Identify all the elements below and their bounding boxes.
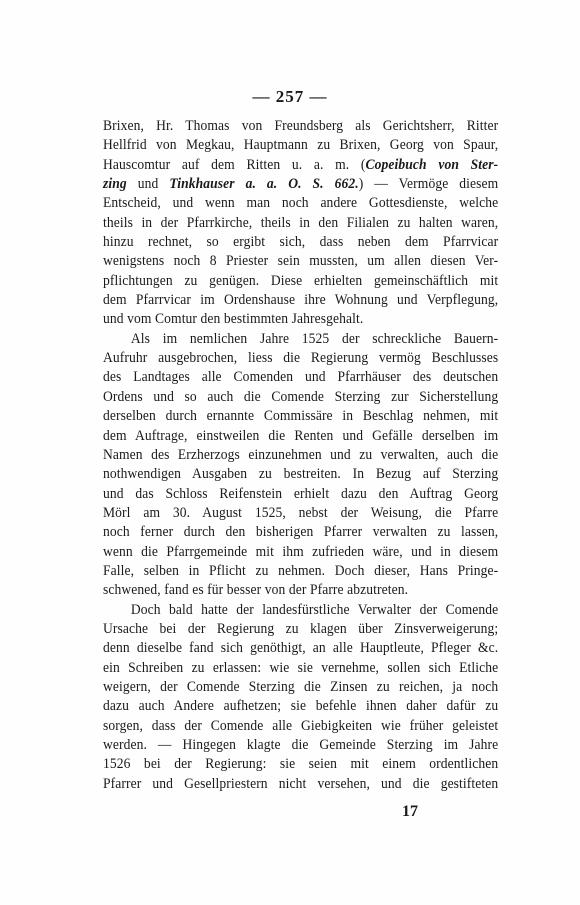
- text-line: Aufruhr ausgebrochen, liess die Regierun…: [103, 349, 498, 368]
- text-line: hinzu rechnet, so ergibt sich, dass nebe…: [103, 233, 498, 252]
- text-line: Hauscomtur auf dem Ritten u. a. m. (Cope…: [103, 156, 498, 175]
- text-line: 1526 bei der Regierung: sie seien mit ei…: [103, 755, 498, 774]
- text-line: wenn die Pfarrgemeinde mit ihm zufrieden…: [103, 543, 498, 562]
- citation-italic: Copeibuch von Ster-: [366, 157, 499, 173]
- body-text: Brixen, Hr. Thomas von Freundsberg als G…: [103, 117, 498, 794]
- text-line: derselben durch ernannte Commissäre in B…: [103, 407, 498, 426]
- paragraph-2: Als im nemlichen Jahre 1525 der schreckl…: [103, 330, 498, 601]
- citation-italic: Tinkhauser a. a. O. S. 662.: [169, 176, 358, 192]
- text-line: Brixen, Hr. Thomas von Freundsberg als G…: [103, 117, 498, 136]
- text-line: Namen des Erzherzogs einzunehmen und zu …: [103, 446, 498, 465]
- text-line: zing und Tinkhauser a. a. O. S. 662.) — …: [103, 175, 498, 194]
- text-line: pflichtungen zu genügen. Diese erhielten…: [103, 272, 498, 291]
- text-line: dazu auch Andere aufhetzen; sie befehle …: [103, 697, 498, 716]
- signature-mark: 17: [402, 803, 418, 821]
- text-line: werden. — Hingegen klagte die Gemeinde S…: [103, 736, 498, 755]
- text-line: Hellfrid von Megkau, Hauptmann zu Brixen…: [103, 136, 498, 155]
- text-line: dem Auftrage, einstweilen die Renten und…: [103, 427, 498, 446]
- text-line: denn dieselbe fand sich genöthigt, an al…: [103, 639, 498, 658]
- text-line: und vom Comtur den bestimmten Jahresgeha…: [103, 310, 498, 329]
- page-number: — 257 —: [0, 87, 580, 107]
- paragraph-1: Brixen, Hr. Thomas von Freundsberg als G…: [103, 117, 498, 330]
- text-line: Doch bald hatte der landesfürstliche Ver…: [103, 601, 498, 620]
- text-line: Mörl am 30. August 1525, nebst der Weisu…: [103, 504, 498, 523]
- text-line: noch ferner durch den bisherigen Pfarrer…: [103, 523, 498, 542]
- text-line: theils in der Pfarrkirche, theils in den…: [103, 214, 498, 233]
- text-line: Ordens und so auch die Comende Sterzing …: [103, 388, 498, 407]
- text-line: und das Schloss Reifenstein erhielt dazu…: [103, 485, 498, 504]
- text-line: des Landtages alle Comenden und Pfarrhäu…: [103, 368, 498, 387]
- text-line: dem Pfarrvicar im Ordenshause ihre Wohnu…: [103, 291, 498, 310]
- book-page: — 257 — Brixen, Hr. Thomas von Freundsbe…: [0, 0, 580, 905]
- text-line: weigern, der Comende Sterzing die Zinsen…: [103, 678, 498, 697]
- text-line: schwened, fand es für besser von der Pfa…: [103, 581, 498, 600]
- text-line: Entscheid, und wenn man noch andere Gott…: [103, 194, 498, 213]
- text-line: Falle, selben in Pflicht zu nehmen. Doch…: [103, 562, 498, 581]
- text-line: Als im nemlichen Jahre 1525 der schreckl…: [103, 330, 498, 349]
- text-line: ein Schreiben zu erlassen: wie sie verne…: [103, 659, 498, 678]
- text-segment: und: [127, 176, 170, 192]
- text-line: Pfarrer und Gesellpriestern nicht verseh…: [103, 775, 498, 794]
- text-line: Ursache bei der Regierung zu klagen über…: [103, 620, 498, 639]
- text-line: sorgen, dass der Comende alle Giebigkeit…: [103, 717, 498, 736]
- citation-italic: zing: [103, 176, 127, 192]
- text-line: wenigstens noch 8 Priester sein mussten,…: [103, 252, 498, 271]
- text-segment: Hauscomtur auf dem Ritten u. a. m. (: [103, 157, 366, 173]
- paragraph-3: Doch bald hatte der landesfürstliche Ver…: [103, 601, 498, 794]
- text-segment: ) — Vermöge diesem: [359, 176, 499, 192]
- text-line: nothwendigen Ausgaben zu bestreiten. In …: [103, 465, 498, 484]
